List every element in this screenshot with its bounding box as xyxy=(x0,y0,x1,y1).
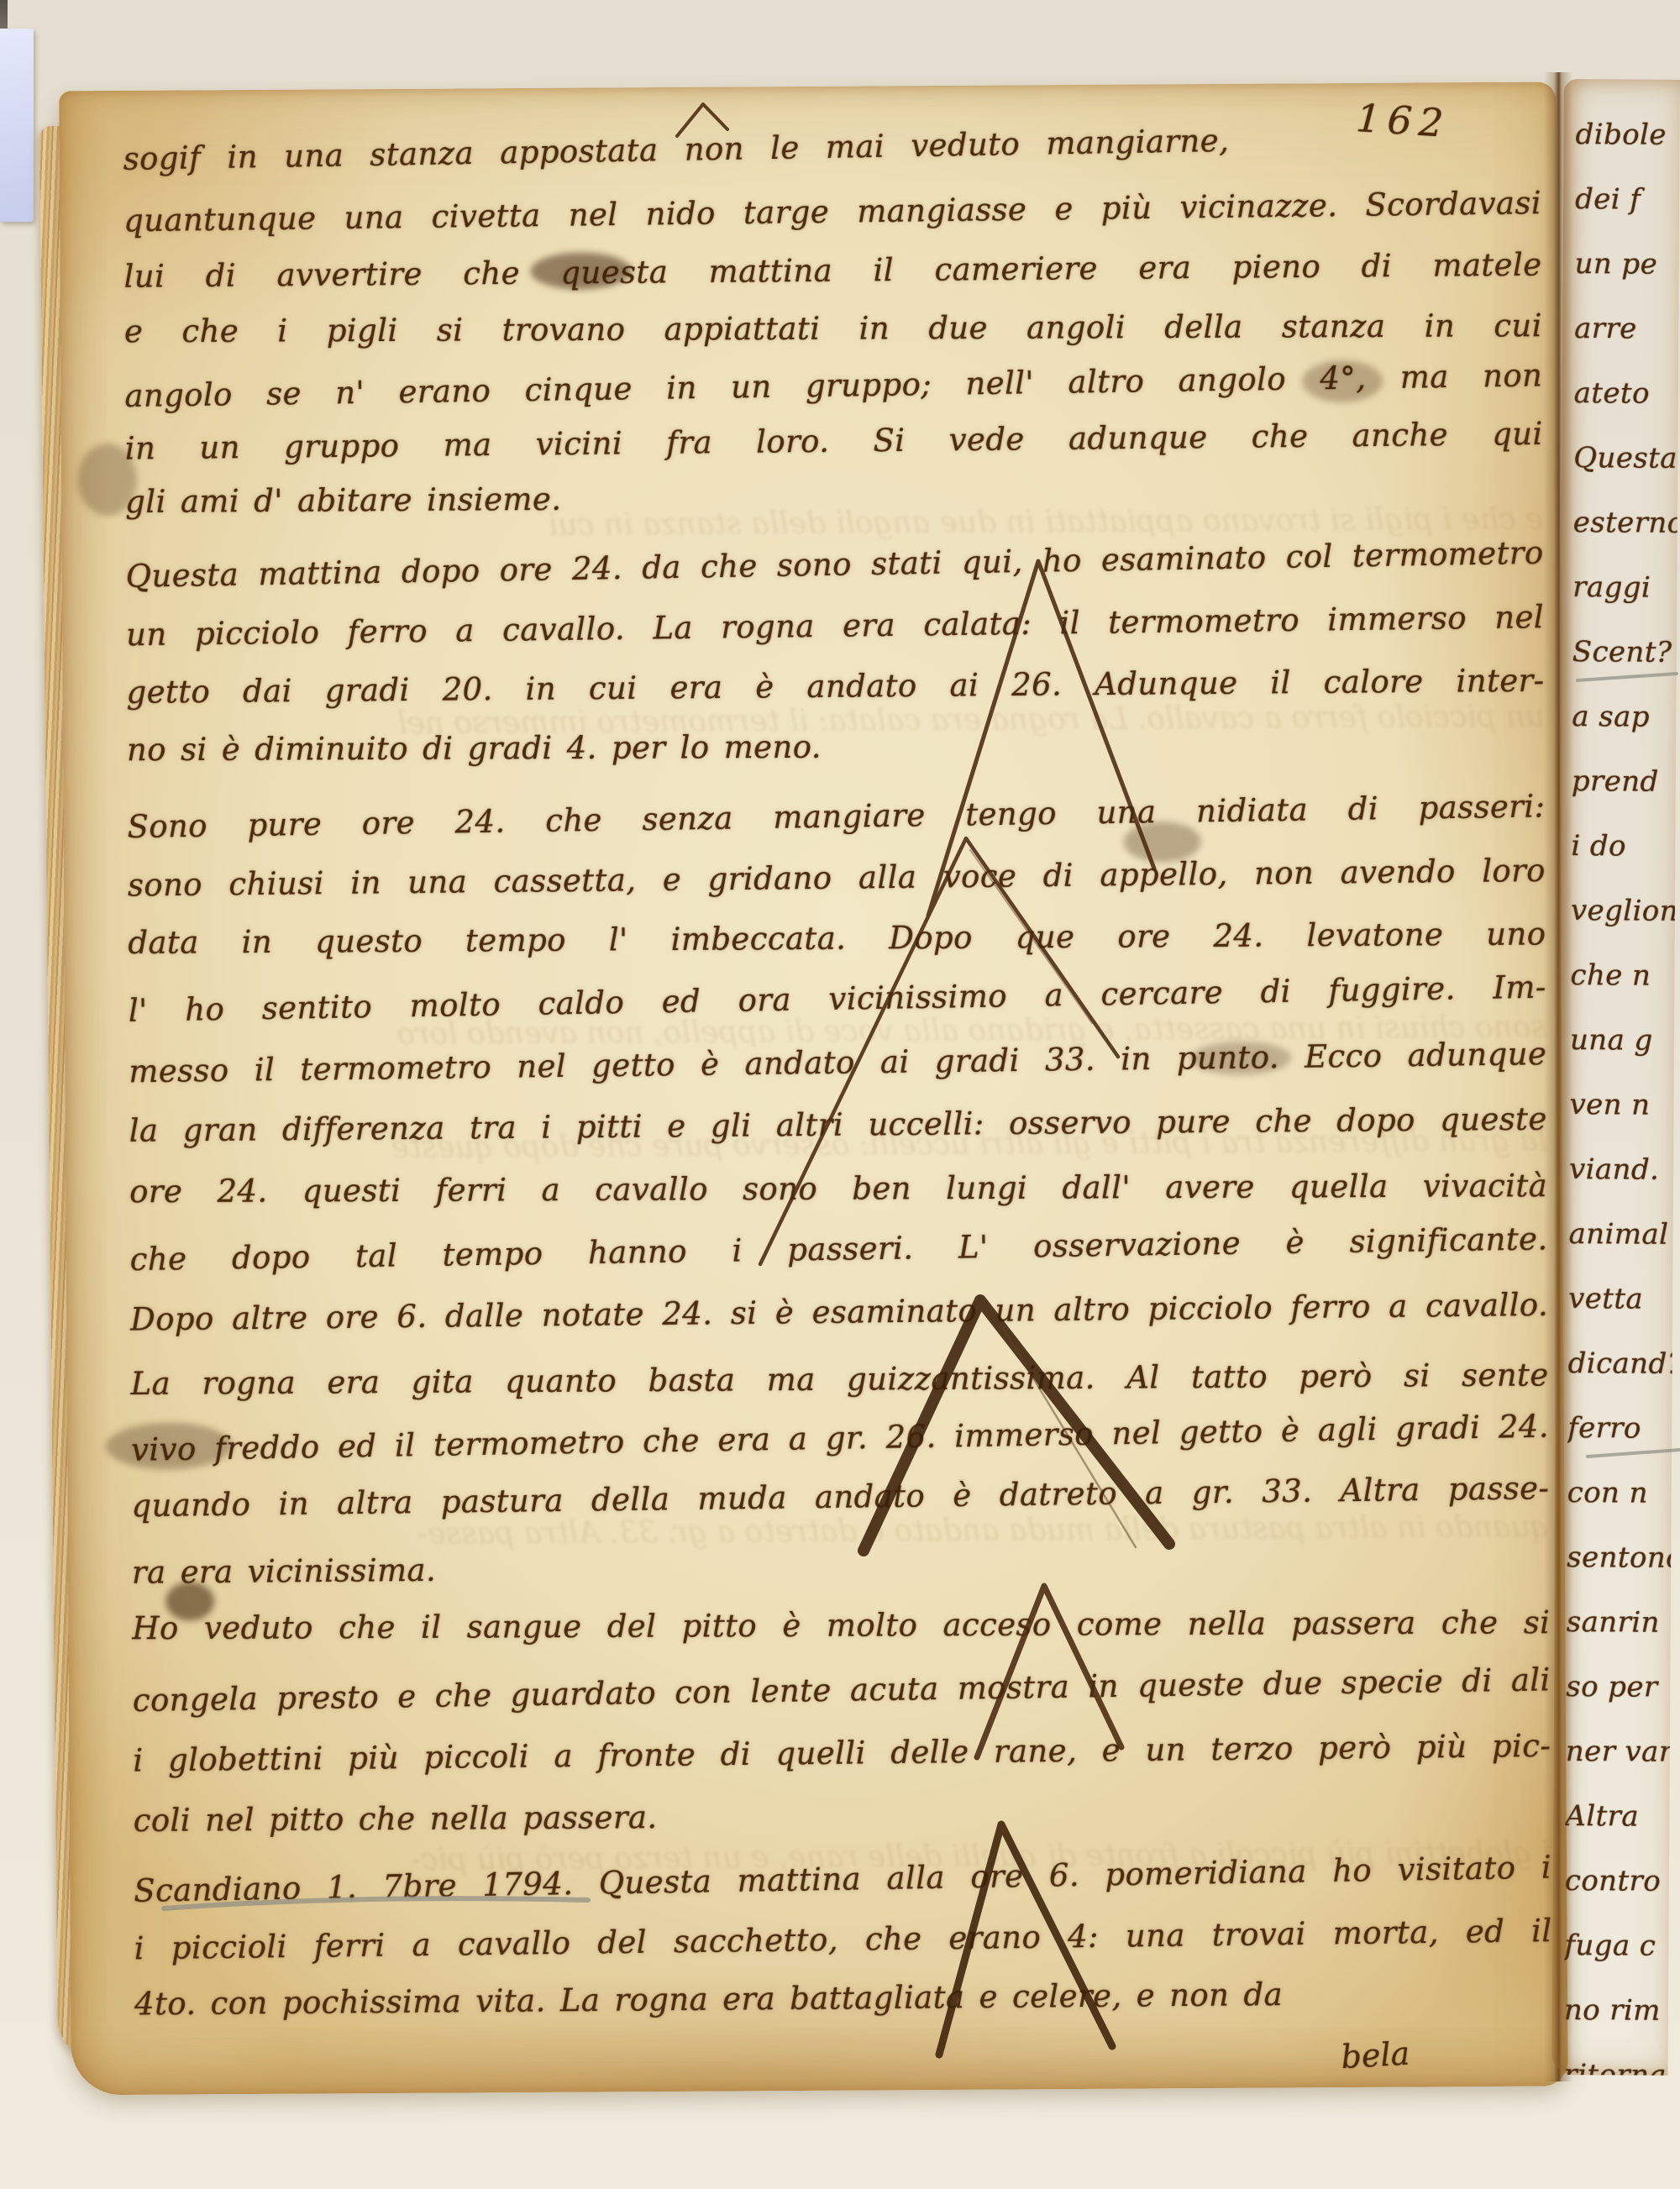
manuscript-line: vivo freddo ed il termometro che era a g… xyxy=(131,1411,1549,1467)
manuscript-line: data in questo tempo l' imbeccata. Dopo … xyxy=(128,918,1546,959)
right-page-fragment: sentono xyxy=(1567,1541,1680,1575)
right-page-fragment: viand. xyxy=(1569,1152,1659,1187)
right-page-fragment: una g xyxy=(1570,1023,1653,1058)
manuscript-line: Sono pure ore 24. che senza mangiare ten… xyxy=(127,790,1545,844)
ink-blot xyxy=(165,1582,214,1620)
manuscript-line: i globettini più piccoli a fronte di que… xyxy=(133,1730,1551,1778)
manuscript-line: sono chiusi in una cassetta, e gridano a… xyxy=(128,855,1546,903)
manuscript-line: Questa mattina dopo ore 24. da che sono … xyxy=(125,538,1543,594)
right-page-fragment: ateto xyxy=(1574,376,1650,411)
right-page-fragment: fuga c xyxy=(1564,1929,1656,1963)
right-page-fragment: veglion xyxy=(1571,894,1678,928)
manuscript-line: ore 24. questi ferri a cavallo sono ben … xyxy=(129,1170,1547,1209)
manuscript-line: Ho veduto che il sangue del pitto è molt… xyxy=(132,1607,1550,1646)
right-page-fragment: animal xyxy=(1568,1217,1668,1252)
manuscript-line: in un gruppo ma vicini fra loro. Si vede… xyxy=(125,418,1543,466)
right-page-fragment: arre xyxy=(1574,312,1637,345)
right-page-fragment: contro xyxy=(1565,1864,1661,1898)
manuscript-line: e che i pigli si trovano appiattati in d… xyxy=(124,310,1542,349)
manuscript-line: congela presto e che guardato con lente … xyxy=(133,1664,1551,1718)
right-page-fragment: Scent? xyxy=(1572,635,1672,669)
manuscript-line: La rogna era gita quanto basta ma guizza… xyxy=(130,1359,1548,1400)
manuscript-line: quantunque una civetta nel nido targe ma… xyxy=(123,187,1541,238)
right-page-fragment: vetta xyxy=(1568,1282,1643,1316)
right-page-fragments: diboledei fun pearreatetoQuestaesternora… xyxy=(1563,79,1680,2076)
right-page-fragment: prend xyxy=(1572,764,1659,799)
right-page-fragment: con n xyxy=(1567,1476,1648,1510)
right-page-fragment: Altra xyxy=(1565,1799,1639,1834)
right-page-fragment: so per xyxy=(1566,1670,1658,1704)
manuscript-line: Dopo altre ore 6. dalle notate 24. si è … xyxy=(130,1289,1548,1337)
manuscript-line: sogif in una stanza appostata non le mai… xyxy=(123,125,1229,176)
right-page-fragment: dei f xyxy=(1575,182,1641,216)
right-page-fragment: raggi xyxy=(1572,570,1651,605)
manuscript-line: 4to. con pochissima vita. La rogna era b… xyxy=(134,1979,1326,2022)
manuscript-line: coli nel pitto che nella passera. xyxy=(134,1796,1551,1837)
right-page-fragment: Questa xyxy=(1573,441,1677,475)
right-page-fragment: i do xyxy=(1571,829,1626,863)
manuscript-photo: 162 sogif in una stanza appostata non le… xyxy=(0,0,1680,2189)
manuscript-line: i piccioli ferri a cavallo del sacchetto… xyxy=(134,1915,1551,1966)
catchword: bela xyxy=(1340,2034,1410,2076)
right-page-fragment: sanrin xyxy=(1567,1605,1660,1640)
left-page: 162 sogif in una stanza appostata non le… xyxy=(59,81,1568,2095)
right-page-sliver: diboledei fun pearreatetoQuestaesternora… xyxy=(1551,79,1680,2076)
right-page-fragment: a sap xyxy=(1572,700,1650,734)
manuscript-line: ra era vicinissima. xyxy=(132,1546,1550,1590)
right-page-fragment: ven n xyxy=(1569,1088,1650,1122)
right-page-fragment: ritorna xyxy=(1563,2058,1667,2076)
manuscript-line: un picciolo ferro a cavallo. La rogna er… xyxy=(126,601,1544,652)
right-page-fragment: ner var xyxy=(1566,1735,1673,1769)
right-page-fragment: dibole xyxy=(1575,118,1667,152)
right-page-fragment: esterno xyxy=(1573,506,1680,540)
manuscript-line: che dopo tal tempo hanno i passeri. L' o… xyxy=(129,1223,1547,1277)
right-page-fragment: un pe xyxy=(1575,247,1658,281)
right-page-fragment: no rim xyxy=(1564,1993,1661,2028)
right-page-fragment: dicand? xyxy=(1568,1346,1680,1381)
right-page-fragment: ferro xyxy=(1567,1411,1641,1446)
manuscript-line: lui di avvertire che questa mattina il c… xyxy=(123,249,1541,294)
sticky-note-tab xyxy=(0,29,34,222)
right-page-fragment: che n xyxy=(1570,958,1651,993)
ink-blot xyxy=(78,444,138,516)
